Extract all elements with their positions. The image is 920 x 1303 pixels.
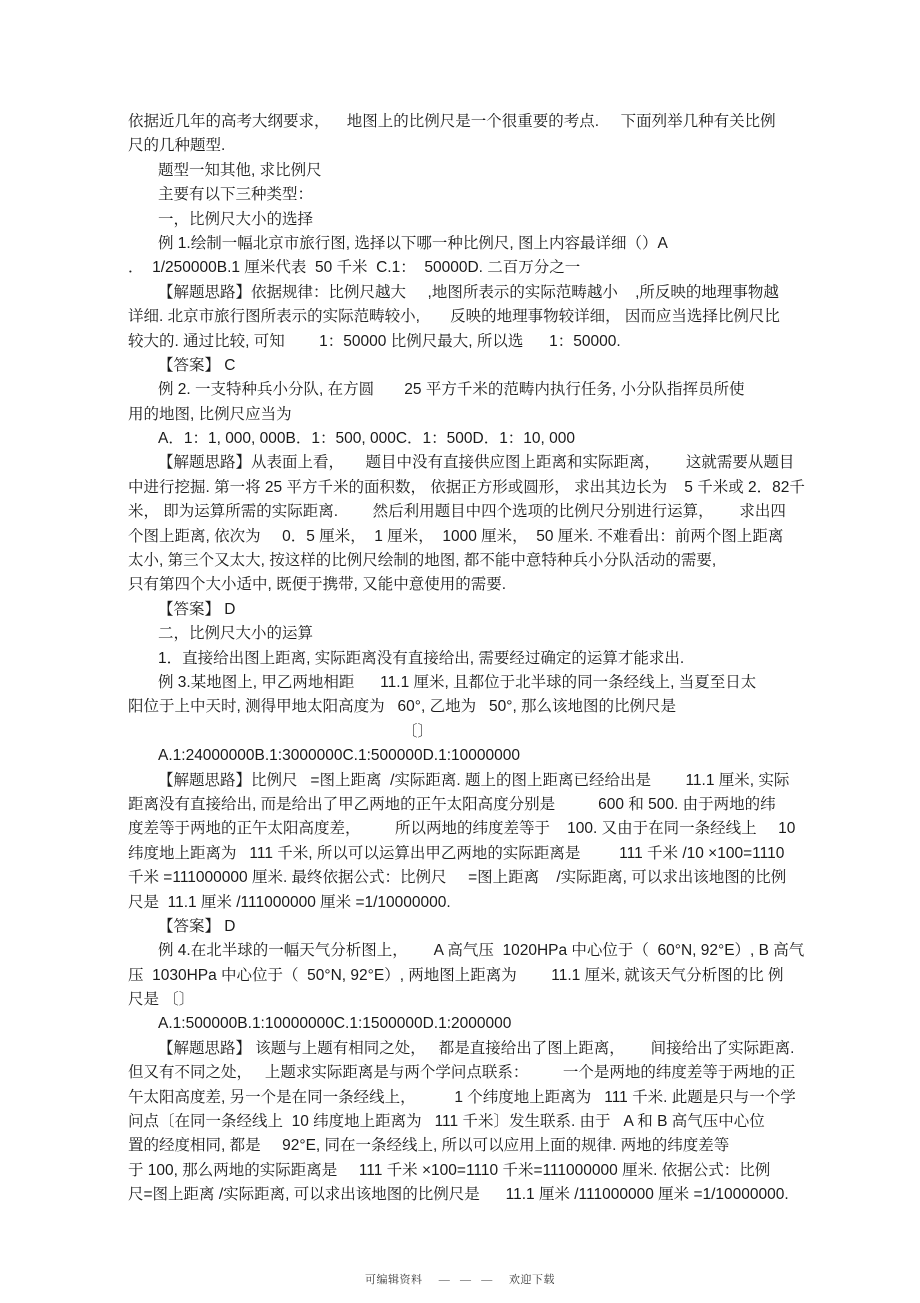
doc-line: 题型一知其他, 求比例尺 — [128, 159, 820, 183]
page-footer: 可编辑资料 — — — 欢迎下载 — [0, 1271, 920, 1287]
doc-line: 一，比例尺大小的选择 — [128, 208, 820, 232]
doc-line: ． 1/250000B.1 厘米代表 50 千米 C.1： 50000D. 二百… — [128, 256, 820, 280]
document-page: 依据近几年的高考大纲要求， 地图上的比例尺是一个很重要的考点. 下面列举几种有关… — [0, 0, 920, 1303]
doc-line: 例 3.某地图上, 甲乙两地相距 11.1 厘米, 且都位于北半球的同一条经线上… — [128, 671, 820, 695]
doc-line: 二，比例尺大小的运算 — [128, 622, 820, 646]
doc-line: 例 1.绘制一幅北京市旅行图, 选择以下哪一种比例尺, 图上内容最详细（）A — [128, 232, 820, 256]
doc-line: A．1：1, 000, 000B．1：500, 000C．1：500D．1：10… — [128, 427, 820, 451]
doc-line: 较大的. 通过比较, 可知 1：50000 比例尺最大, 所以选 1：50000… — [128, 330, 820, 354]
doc-line: 用的地图, 比例尺应当为 — [128, 403, 820, 427]
doc-line: 【解题思路】 该题与上题有相同之处， 都是直接给出了图上距离， 间接给出了实际距… — [128, 1037, 820, 1061]
doc-line: 【答案】 D — [128, 915, 820, 939]
doc-line: 问点〔在同一条经线上 10 纬度地上距离为 111 千米〕发生联系. 由于 A … — [128, 1110, 820, 1134]
doc-line: 例 4.在北半球的一幅天气分析图上， A 高气压 1020HPa 中心位于（ 6… — [128, 939, 820, 963]
doc-line: 纬度地上距离为 111 千米, 所以可以运算出甲乙两地的实际距离是 111 千米… — [128, 842, 820, 866]
doc-line: 尺=图上距离 /实际距离, 可以求出该地图的比例尺是 11.1 厘米 /1110… — [128, 1183, 820, 1207]
doc-line: 详细. 北京市旅行图所表示的实际范畴较小, 反映的地理事物较详细， 因而应当选择… — [128, 305, 820, 329]
document-body: 依据近几年的高考大纲要求， 地图上的比例尺是一个很重要的考点. 下面列举几种有关… — [128, 110, 820, 1208]
doc-line: 尺是 〔〕 — [128, 988, 820, 1012]
doc-line: 阳位于上中天时, 测得甲地太阳高度为 60°, 乙地为 50°, 那么该地图的比… — [128, 695, 820, 719]
doc-line: A.1:500000B.1:10000000C.1:1500000D.1:200… — [128, 1012, 820, 1036]
doc-line: 置的经度相同, 都是 92°E, 同在一条经线上, 所以可以应用上面的规律. 两… — [128, 1134, 820, 1158]
doc-line: 距离没有直接给出, 而是给出了甲乙两地的正午太阳高度分别是 600 和 500.… — [128, 793, 820, 817]
doc-line: 米， 即为运算所需的实际距离. 然后利用题目中四个选项的比例尺分别进行运算， 求… — [128, 500, 820, 524]
doc-line: 千米 =111000000 厘米. 最终依据公式：比例尺 =图上距离 /实际距离… — [128, 866, 820, 890]
doc-line: 于 100, 那么两地的实际距离是 111 千米 ×100=1110 千米=11… — [128, 1159, 820, 1183]
doc-line: 例 2. 一支特种兵小分队, 在方圆 25 平方千米的范畴内执行任务, 小分队指… — [128, 378, 820, 402]
doc-line: 太小, 第三个又太大, 按这样的比例尺绘制的地图, 都不能中意特种兵小分队活动的… — [128, 549, 820, 573]
doc-line: 【解题思路】从表面上看， 题目中没有直接供应图上距离和实际距离， 这就需要从题目 — [128, 451, 820, 475]
doc-line: 【答案】 D — [128, 598, 820, 622]
doc-line: A.1:24000000B.1:3000000C.1:500000D.1:100… — [128, 744, 820, 768]
doc-line: 依据近几年的高考大纲要求， 地图上的比例尺是一个很重要的考点. 下面列举几种有关… — [128, 110, 820, 134]
doc-line: 主要有以下三种类型： — [128, 183, 820, 207]
doc-line: 中进行挖掘. 第一将 25 平方千米的面积数， 依据正方形或圆形， 求出其边长为… — [128, 476, 820, 500]
doc-line: 尺是 11.1 厘米 /111000000 厘米 =1/10000000. — [128, 891, 820, 915]
doc-line: 尺的几种题型. — [128, 134, 820, 158]
doc-line: 【答案】 C — [128, 354, 820, 378]
doc-line: 1．直接给出图上距离, 实际距离没有直接给出, 需要经过确定的运算才能求出. — [128, 647, 820, 671]
doc-line: 个图上距离, 依次为 0．5 厘米， 1 厘米， 1000 厘米， 50 厘米.… — [128, 525, 820, 549]
doc-line: 压 1030HPa 中心位于（ 50°N, 92°E）, 两地图上距离为 11.… — [128, 964, 820, 988]
doc-line: 午太阳高度差, 另一个是在同一条经线上， 1 个纬度地上距离为 111 千米. … — [128, 1086, 820, 1110]
doc-line: 只有第四个大小适中, 既便于携带, 又能中意使用的需要. — [128, 573, 820, 597]
doc-line: 〔〕 — [128, 720, 820, 744]
doc-line: 度差等于两地的正午太阳高度差， 所以两地的纬度差等于 100. 又由于在同一条经… — [128, 817, 820, 841]
doc-line: 但又有不同之处， 上题求实际距离是与两个学问点联系： 一个是两地的纬度差等于两地… — [128, 1061, 820, 1085]
doc-line: 【解题思路】比例尺 =图上距离 /实际距离. 题上的图上距离已经给出是 11.1… — [128, 769, 820, 793]
doc-line: 【解题思路】依据规律：比例尺越大 ,地图所表示的实际范畴越小 ,所反映的地理事物… — [128, 281, 820, 305]
